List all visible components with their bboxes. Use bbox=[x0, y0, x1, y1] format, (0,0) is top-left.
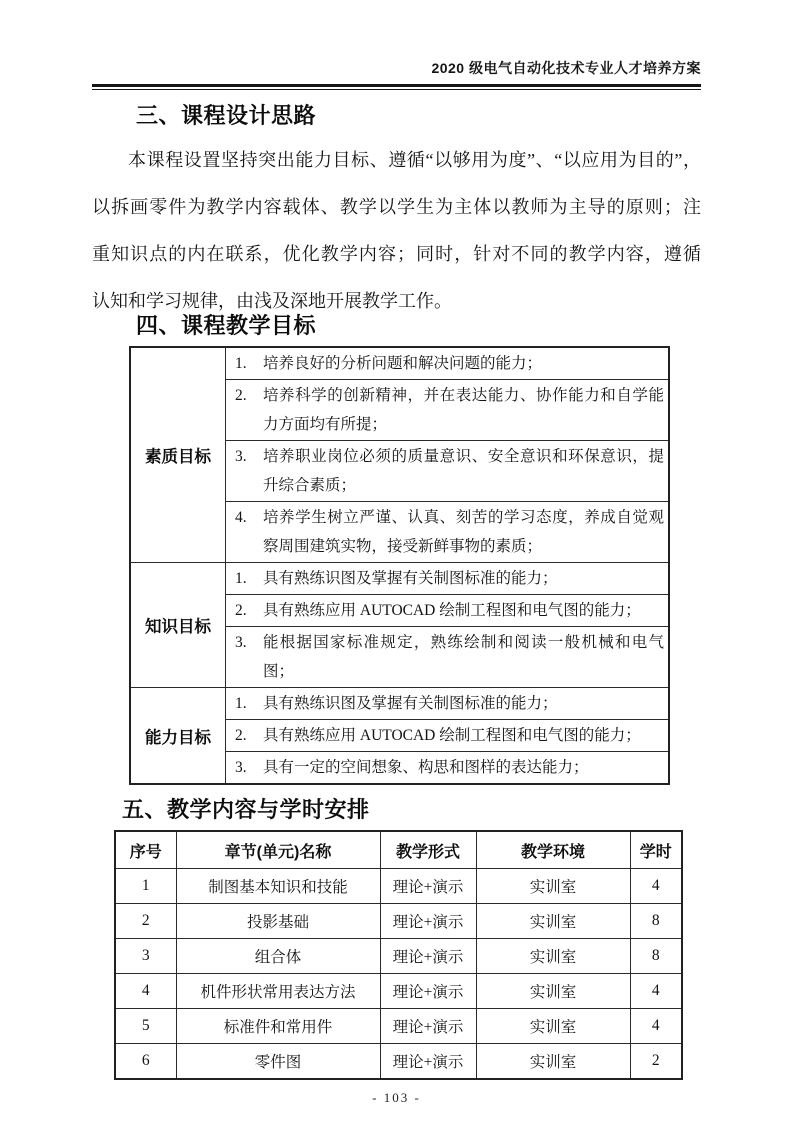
cell-form: 理论+演示 bbox=[380, 974, 476, 1009]
group-label-knowledge: 知识目标 bbox=[130, 563, 226, 688]
objective-number: 1. bbox=[235, 689, 263, 718]
objective-number: 1. bbox=[235, 349, 263, 378]
cell-form: 理论+演示 bbox=[380, 1044, 476, 1080]
objective-item: 1.具有熟练识图及掌握有关制图标准的能力； bbox=[226, 688, 670, 720]
cell-environment: 实训室 bbox=[476, 1044, 630, 1080]
group-label-ability: 能力目标 bbox=[130, 688, 226, 785]
cell-hours: 2 bbox=[630, 1044, 682, 1080]
objective-item: 3.培养职业岗位必须的质量意识、安全意识和环保意识，提升综合素质； bbox=[226, 441, 670, 502]
objective-item: 1.培养良好的分析问题和解决问题的能力； bbox=[226, 347, 670, 380]
cell-form: 理论+演示 bbox=[380, 869, 476, 904]
table-row: 4 机件形状常用表达方法 理论+演示 实训室 4 bbox=[115, 974, 682, 1009]
header-double-rule bbox=[92, 84, 701, 90]
cell-environment: 实训室 bbox=[476, 939, 630, 974]
document-header-title: 2020 级电气自动化技术专业人才培养方案 bbox=[92, 58, 701, 78]
cell-index: 4 bbox=[115, 974, 176, 1009]
table-row: 能力目标 1.具有熟练识图及掌握有关制图标准的能力； bbox=[130, 688, 669, 720]
schedule-table: 序号 章节(单元)名称 教学形式 教学环境 学时 1 制图基本知识和技能 理论+… bbox=[114, 830, 683, 1080]
objective-text: 具有一定的空间想象、构思和图样的表达能力； bbox=[263, 753, 664, 782]
objective-number: 2. bbox=[235, 381, 263, 439]
objective-item: 3.能根据国家标准规定，熟练绘制和阅读一般机械和电气图； bbox=[226, 627, 670, 688]
cell-chapter: 零件图 bbox=[176, 1044, 380, 1080]
cell-chapter: 组合体 bbox=[176, 939, 380, 974]
cell-hours: 4 bbox=[630, 869, 682, 904]
objective-text: 培养良好的分析问题和解决问题的能力； bbox=[263, 349, 664, 378]
objective-item: 2.培养科学的创新精神，并在表达能力、协作能力和自学能力方面均有所提； bbox=[226, 380, 670, 441]
document-page: 2020 级电气自动化技术专业人才培养方案 三、课程设计思路 本课程设置坚持突出… bbox=[0, 0, 793, 1122]
table-row: 知识目标 1.具有熟练识图及掌握有关制图标准的能力； bbox=[130, 563, 669, 595]
course-design-paragraph: 本课程设置坚持突出能力目标、遵循“以够用为度”、“以应用为目的”， 以拆画零件为… bbox=[92, 137, 701, 325]
paragraph-line: 以拆画零件为教学内容载体、教学以学生为主体以教师为主导的原则；注 bbox=[92, 184, 701, 231]
objective-text: 培养科学的创新精神，并在表达能力、协作能力和自学能力方面均有所提； bbox=[263, 381, 664, 439]
objective-number: 3. bbox=[235, 628, 263, 686]
cell-form: 理论+演示 bbox=[380, 939, 476, 974]
cell-chapter: 标准件和常用件 bbox=[176, 1009, 380, 1044]
cell-form: 理论+演示 bbox=[380, 904, 476, 939]
objective-text: 具有熟练应用 AUTOCAD 绘制工程图和电气图的能力； bbox=[263, 721, 664, 750]
cell-hours: 4 bbox=[630, 1009, 682, 1044]
objective-number: 3. bbox=[235, 753, 263, 782]
objective-item: 1.具有熟练识图及掌握有关制图标准的能力； bbox=[226, 563, 670, 595]
objective-item: 2.具有熟练应用 AUTOCAD 绘制工程图和电气图的能力； bbox=[226, 720, 670, 752]
table-row: 素质目标 1.培养良好的分析问题和解决问题的能力； bbox=[130, 347, 669, 380]
column-header-environment: 教学环境 bbox=[476, 831, 630, 869]
objective-text: 培养职业岗位必须的质量意识、安全意识和环保意识，提升综合素质； bbox=[263, 442, 664, 500]
cell-index: 3 bbox=[115, 939, 176, 974]
objective-number: 4. bbox=[235, 503, 263, 561]
objective-text: 具有熟练应用 AUTOCAD 绘制工程图和电气图的能力； bbox=[263, 596, 664, 625]
objective-item: 4.培养学生树立严谨、认真、刻苦的学习态度，养成自觉观察周围建筑实物，接受新鲜事… bbox=[226, 502, 670, 563]
column-header-chapter: 章节(单元)名称 bbox=[176, 831, 380, 869]
cell-index: 5 bbox=[115, 1009, 176, 1044]
objective-number: 2. bbox=[235, 596, 263, 625]
table-row: 5 标准件和常用件 理论+演示 实训室 4 bbox=[115, 1009, 682, 1044]
cell-chapter: 机件形状常用表达方法 bbox=[176, 974, 380, 1009]
objective-text: 具有熟练识图及掌握有关制图标准的能力； bbox=[263, 564, 664, 593]
table-row: 2 投影基础 理论+演示 实训室 8 bbox=[115, 904, 682, 939]
section-heading-course-design: 三、课程设计思路 bbox=[136, 103, 701, 129]
cell-hours: 8 bbox=[630, 939, 682, 974]
objective-text: 能根据国家标准规定，熟练绘制和阅读一般机械和电气图； bbox=[263, 628, 664, 686]
objective-number: 1. bbox=[235, 564, 263, 593]
column-header-index: 序号 bbox=[115, 831, 176, 869]
cell-environment: 实训室 bbox=[476, 904, 630, 939]
group-label-quality: 素质目标 bbox=[130, 347, 226, 563]
table-row: 3 组合体 理论+演示 实训室 8 bbox=[115, 939, 682, 974]
page-number: - 103 - bbox=[92, 1090, 701, 1106]
objective-number: 2. bbox=[235, 721, 263, 750]
cell-index: 6 bbox=[115, 1044, 176, 1080]
cell-environment: 实训室 bbox=[476, 869, 630, 904]
cell-environment: 实训室 bbox=[476, 974, 630, 1009]
column-header-hours: 学时 bbox=[630, 831, 682, 869]
objective-number: 3. bbox=[235, 442, 263, 500]
cell-chapter: 制图基本知识和技能 bbox=[176, 869, 380, 904]
cell-hours: 8 bbox=[630, 904, 682, 939]
cell-environment: 实训室 bbox=[476, 1009, 630, 1044]
cell-index: 1 bbox=[115, 869, 176, 904]
objective-item: 2.具有熟练应用 AUTOCAD 绘制工程图和电气图的能力； bbox=[226, 595, 670, 627]
cell-form: 理论+演示 bbox=[380, 1009, 476, 1044]
paragraph-line: 本课程设置坚持突出能力目标、遵循“以够用为度”、“以应用为目的”， bbox=[92, 137, 701, 184]
table-row: 1 制图基本知识和技能 理论+演示 实训室 4 bbox=[115, 869, 682, 904]
cell-hours: 4 bbox=[630, 974, 682, 1009]
cell-chapter: 投影基础 bbox=[176, 904, 380, 939]
objective-text: 培养学生树立严谨、认真、刻苦的学习态度，养成自觉观察周围建筑实物，接受新鲜事物的… bbox=[263, 503, 664, 561]
table-row: 6 零件图 理论+演示 实训室 2 bbox=[115, 1044, 682, 1080]
objective-item: 3.具有一定的空间想象、构思和图样的表达能力； bbox=[226, 752, 670, 785]
column-header-form: 教学形式 bbox=[380, 831, 476, 869]
cell-index: 2 bbox=[115, 904, 176, 939]
schedule-header-row: 序号 章节(单元)名称 教学形式 教学环境 学时 bbox=[115, 831, 682, 869]
objective-text: 具有熟练识图及掌握有关制图标准的能力； bbox=[263, 689, 664, 718]
paragraph-line: 重知识点的内在联系，优化教学内容；同时，针对不同的教学内容，遵循 bbox=[92, 231, 701, 278]
objectives-table: 素质目标 1.培养良好的分析问题和解决问题的能力； 2.培养科学的创新精神，并在… bbox=[129, 346, 670, 785]
section-heading-schedule: 五、教学内容与学时安排 bbox=[122, 797, 701, 823]
